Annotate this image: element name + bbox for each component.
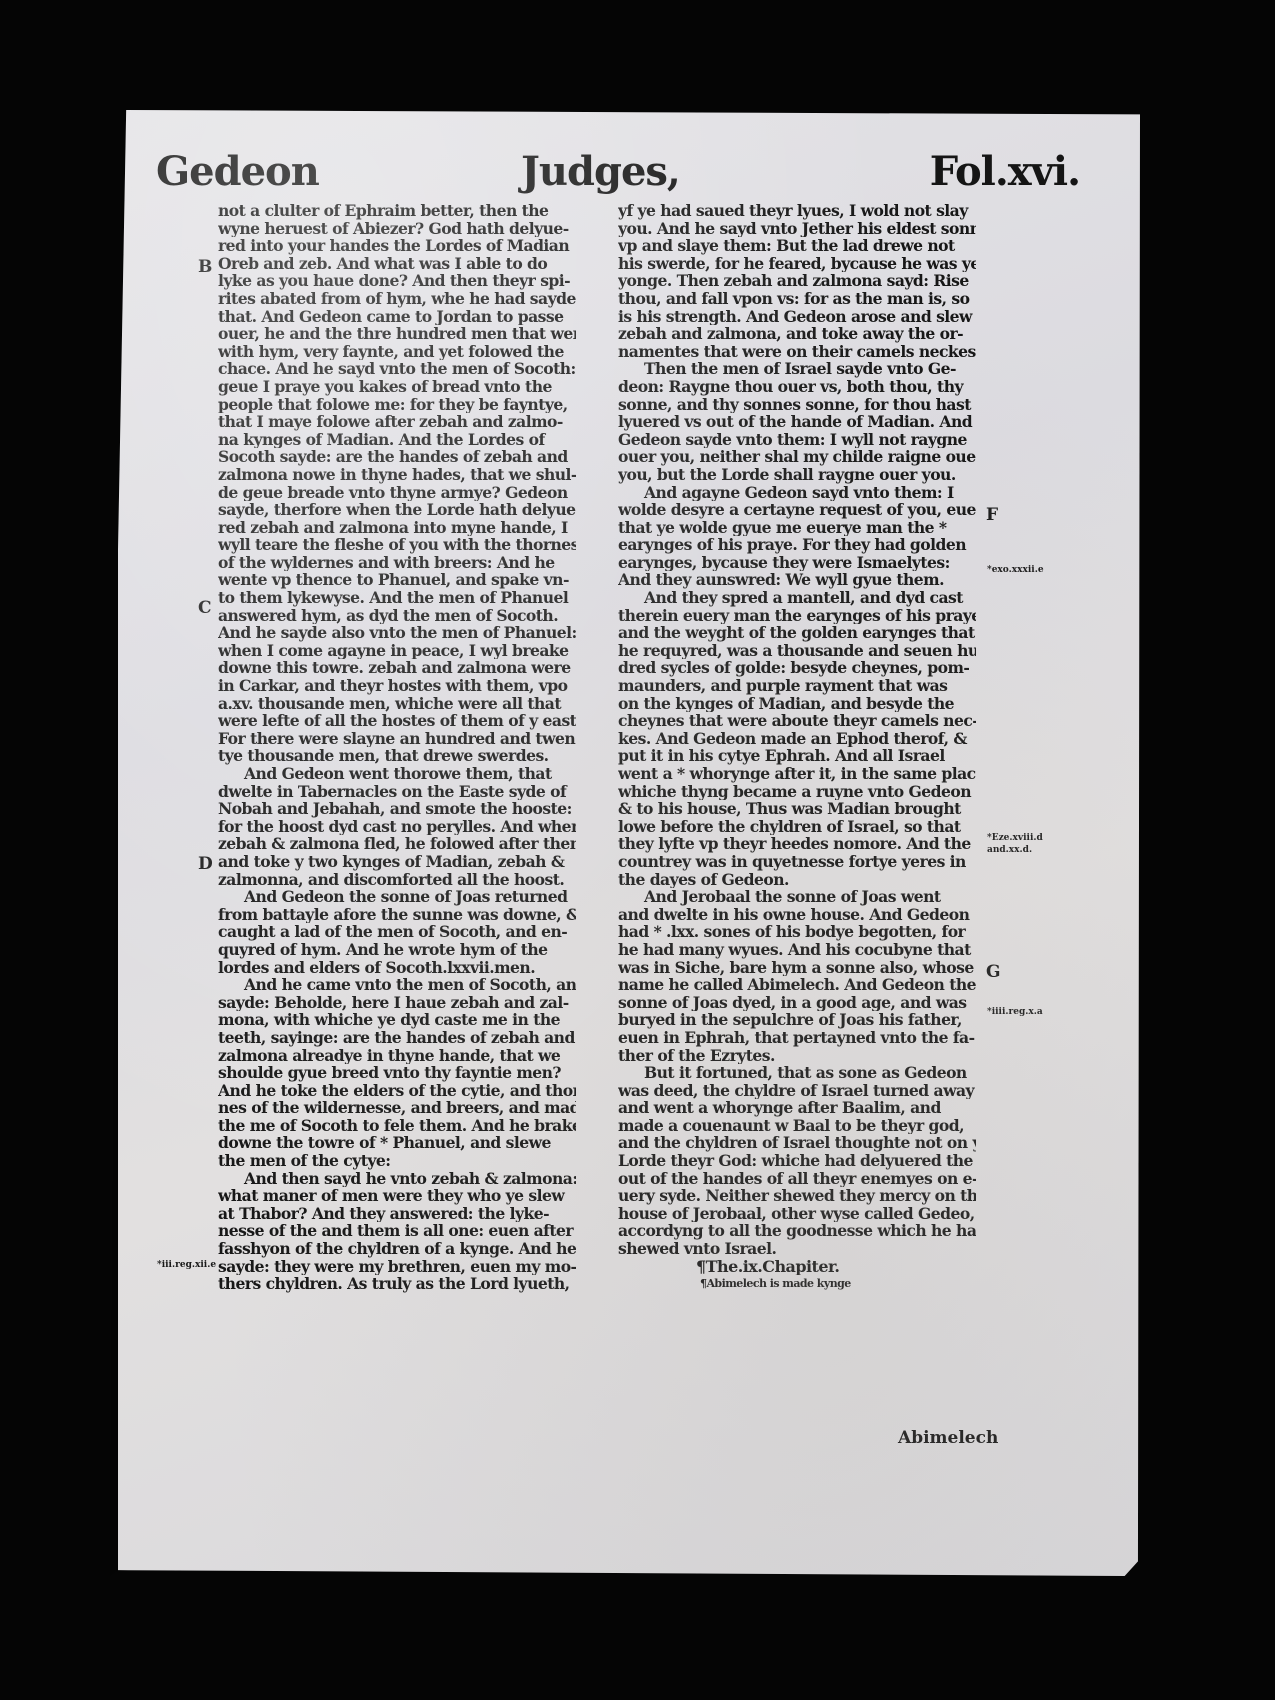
text-line: a.xv. thousande men, whiche were all tha… (218, 695, 576, 713)
text-line: zalmona alreadye in thyne hande, that we (218, 1047, 576, 1065)
text-line: to them lykewyse. And the men of Phanuel (218, 589, 576, 607)
text-line: he requyred, was a thousande and seuen h… (618, 642, 976, 660)
text-line: wyll teare the fleshe of you with the th… (218, 536, 576, 554)
text-line: you, but the Lorde shall raygne ouer you… (618, 466, 976, 484)
chapter-heading: ¶The.ix.Chapiter. (618, 1258, 976, 1276)
text-line: buryed in the sepulchre of Joas his fath… (618, 1011, 976, 1029)
text-line: they lyfte vp theyr heedes nomore. And t… (618, 835, 976, 853)
text-line: And they aunswred: We wyll gyue them. (618, 571, 976, 589)
text-line: Oreb and zeb. And what was I able to do (218, 255, 576, 273)
text-line: kes. And Gedeon made an Ephod therof, & (618, 730, 976, 748)
text-line: sayde: they were my brethren, euen my mo… (218, 1258, 576, 1276)
text-line: sayde: Beholde, here I haue zebah and za… (218, 994, 576, 1012)
margin-letter-g: G (986, 962, 1001, 982)
margin-letter-d: D (198, 854, 213, 874)
running-head-book-title: Judges, (521, 148, 680, 195)
text-line: uery syde. Neither shewed they mercy on … (618, 1187, 976, 1205)
margin-note-iii-reg: *iii.reg.xii.e (157, 1260, 216, 1271)
text-line: downe the towre of * Phanuel, and slewe (218, 1134, 576, 1152)
text-line: and the chyldren of Israel thoughte not … (618, 1134, 976, 1152)
text-line: maunders, and purple rayment that was (618, 677, 976, 695)
text-line: chace. And he sayd vnto the men of Socot… (218, 360, 576, 378)
text-line: therein euery man the earynges of his pr… (618, 607, 976, 625)
text-line: But it fortuned, that as sone as Gedeon (618, 1064, 976, 1082)
text-line: red into your handes the Lordes of Madia… (218, 237, 576, 255)
text-line: earynges of his praye. For they had gold… (618, 536, 976, 554)
text-line: And Jerobaal the sonne of Joas went (618, 888, 976, 906)
text-line: were lefte of all the hostes of them of … (218, 712, 576, 730)
text-line: Then the men of Israel sayde vnto Ge- (618, 360, 976, 378)
text-line: namentes that were on their camels necke… (618, 343, 976, 361)
text-line: lyuered vs out of the hande of Madian. A… (618, 413, 976, 431)
text-line: his swerde, for he feared, bycause he wa… (618, 255, 976, 273)
text-line: for the hoost dyd cast no perylles. And … (218, 818, 576, 836)
text-line: lowe before the chyldren of Israel, so t… (618, 818, 976, 836)
text-line: dwelte in Tabernacles on the Easte syde … (218, 783, 576, 801)
text-line: red zebah and zalmona into myne hande, I (218, 519, 576, 537)
text-line: made a couenaunt w Baal to be theyr god, (618, 1117, 976, 1135)
text-line: And agayne Gedeon sayd vnto them: I (618, 484, 976, 502)
text-line: put it in his cytye Ephrah. And all Isra… (618, 747, 976, 765)
chapter-summary: ¶Abimelech is made kynge (618, 1275, 976, 1293)
text-line: teeth, sayinge: are the handes of zebah … (218, 1029, 576, 1047)
text-line: that. And Gedeon came to Jordan to passe (218, 308, 576, 326)
text-line: thou, and fall vpon vs: for as the man i… (618, 290, 976, 308)
text-line: thers chyldren. As truly as the Lord lyu… (218, 1275, 576, 1293)
text-line: tye thousande men, that drewe swerdes. (218, 747, 576, 765)
text-line: shewed vnto Israel. (618, 1240, 976, 1258)
text-line: not a clulter of Ephraim better, then th… (218, 202, 576, 220)
text-line: sonne, and thy sonnes sonne, for thou ha… (618, 396, 976, 414)
text-line: and toke y two kynges of Madian, zebah & (218, 853, 576, 871)
text-line: on the kynges of Madian, and besyde the (618, 695, 976, 713)
text-line: earynges, bycause they were Ismaelytes: (618, 554, 976, 572)
text-line: is his strength. And Gedeon arose and sl… (618, 308, 976, 326)
text-line: na kynges of Madian. And the Lordes of (218, 431, 576, 449)
text-line: zebah & zalmona fled, he folowed after t… (218, 835, 576, 853)
text-line: and the weyght of the golden earynges th… (618, 624, 976, 642)
text-line: whiche thyng became a ruyne vnto Gedeon (618, 783, 976, 801)
text-line: fasshyon of the chyldren of a kynge. And… (218, 1240, 576, 1258)
text-line: yf ye had saued theyr lyues, I wold not … (618, 202, 976, 220)
text-line: you. And he sayd vnto Jether his eldest … (618, 220, 976, 238)
text-line: that ye wolde gyue me euerye man the * (618, 519, 976, 537)
text-line: wolde desyre a certayne request of you, … (618, 501, 976, 519)
text-line: was deed, the chyldre of Israel turned a… (618, 1082, 976, 1100)
text-line: ouer you, neither shal my childe raigne … (618, 448, 976, 466)
left-text-column: not a clulter of Ephraim better, then th… (218, 202, 576, 1293)
text-line: nesse of the and them is all one: euen a… (218, 1222, 576, 1240)
text-line: rites abated from of hym, whe he had say… (218, 290, 576, 308)
text-line: lordes and elders of Socoth.lxxvii.men. (218, 959, 576, 977)
text-line: dred sycles of golde: besyde cheynes, po… (618, 659, 976, 677)
margin-letter-c: C (198, 598, 212, 618)
text-line: of the wyldernes and with breers: And he (218, 554, 576, 572)
text-line: people that folowe me: for they be faynt… (218, 396, 576, 414)
running-head: Gedeon Judges, Fol.xvi. (156, 148, 1080, 198)
text-line: And Gedeon went thorowe them, that (218, 765, 576, 783)
text-line: the men of the cytye: (218, 1152, 576, 1170)
text-line: Nobah and Jebahah, and smote the hooste: (218, 800, 576, 818)
text-line: shoulde gyue breed vnto thy fayntie men? (218, 1064, 576, 1082)
text-line: euen in Ephrah, that pertayned vnto the … (618, 1029, 976, 1047)
text-line: quyred of hym. And he wrote hym of the (218, 941, 576, 959)
margin-note-iiii-reg: *iiii.reg.x.a (987, 1007, 1043, 1018)
text-line: And he came vnto the men of Socoth, and (218, 976, 576, 994)
text-line: de geue breade vnto thyne armye? Gedeon (218, 484, 576, 502)
margin-letter-f: F (986, 505, 998, 525)
margin-letter-b: B (198, 257, 212, 277)
text-line: Lorde theyr God: whiche had delyuered th… (618, 1152, 976, 1170)
text-line: that I maye folowe after zebah and zalmo… (218, 413, 576, 431)
text-line: geue I praye you kakes of bread vnto the (218, 378, 576, 396)
text-line: yonge. Then zebah and zalmona sayd: Rise (618, 272, 976, 290)
text-line: vp and slaye them: But the lad drewe not (618, 237, 976, 255)
text-line: ther of the Ezrytes. (618, 1047, 976, 1065)
text-line: wyne heruest of Abiezer? God hath delyue… (218, 220, 576, 238)
text-line: sonne of Joas dyed, in a good age, and w… (618, 994, 976, 1012)
text-line: what maner of men were they who ye slew (218, 1187, 576, 1205)
folio-number: Fol.xvi. (930, 148, 1080, 195)
text-line: with hym, very faynte, and yet folowed t… (218, 343, 576, 361)
text-line: For there were slayne an hundred and twe… (218, 730, 576, 748)
text-line: And he sayde also vnto the men of Phanue… (218, 624, 576, 642)
text-line: lyke as you haue done? And then theyr sp… (218, 272, 576, 290)
margin-note-eze: *Eze.xviii.d (987, 833, 1043, 844)
text-line: house of Jerobaal, other wyse called Ged… (618, 1205, 976, 1223)
text-line: out of the handes of all theyr enemyes o… (618, 1170, 976, 1188)
text-line: name he called Abimelech. And Gedeon the (618, 976, 976, 994)
right-text-column: yf ye had saued theyr lyues, I wold not … (618, 202, 976, 1293)
text-line: And then sayd he vnto zebah & zalmona: (218, 1170, 576, 1188)
text-line: at Thabor? And they answered: the lyke- (218, 1205, 576, 1223)
text-line: nes of the wildernesse, and breers, and … (218, 1099, 576, 1117)
text-line: deon: Raygne thou ouer vs, both thou, th… (618, 378, 976, 396)
text-line: and went a whorynge after Baalim, and (618, 1099, 976, 1117)
text-line: sayde, therfore when the Lorde hath dely… (218, 501, 576, 519)
text-line: ouer, he and the thre hundred men that w… (218, 325, 576, 343)
text-line: zalmonna, and discomforted all the hoost… (218, 871, 576, 889)
text-line: and dwelte in his owne house. And Gedeon (618, 906, 976, 924)
text-line: & to his house, Thus was Madian brought (618, 800, 976, 818)
text-line: Gedeon sayde vnto them: I wyll not raygn… (618, 431, 976, 449)
text-line: And he toke the elders of the cytie, and… (218, 1082, 576, 1100)
text-line: Socoth sayde: are the handes of zebah an… (218, 448, 576, 466)
text-line: when I come agayne in peace, I wyl break… (218, 642, 576, 660)
margin-note-eze-2: and.xx.d. (987, 845, 1032, 856)
text-line: was in Siche, bare hym a sonne also, who… (618, 959, 976, 977)
text-line: in Carkar, and theyr hostes with them, v… (218, 677, 576, 695)
text-line: zalmona nowe in thyne hades, that we shu… (218, 466, 576, 484)
running-head-left: Gedeon (156, 148, 319, 195)
text-line: from battayle afore the sunne was downe,… (218, 906, 576, 924)
text-line: cheynes that were aboute theyr camels ne… (618, 712, 976, 730)
text-line: answered hym, as dyd the men of Socoth. (218, 607, 576, 625)
text-line: mona, with whiche ye dyd caste me in the (218, 1011, 576, 1029)
text-line: caught a lad of the men of Socoth, and e… (218, 923, 576, 941)
text-line: And they spred a mantell, and dyd cast (618, 589, 976, 607)
text-line: zebah and zalmona, and toke away the or- (618, 325, 976, 343)
text-line: And Gedeon the sonne of Joas returned (218, 888, 576, 906)
margin-note-exo: *exo.xxxii.e (987, 565, 1044, 576)
text-line: wente vp thence to Phanuel, and spake vn… (218, 571, 576, 589)
text-line: countrey was in quyetnesse fortye yeres … (618, 853, 976, 871)
text-line: the dayes of Gedeon. (618, 871, 976, 889)
bible-leaf: Gedeon Judges, Fol.xvi. not a clulter of… (118, 110, 1140, 1576)
text-line: downe this towre. zebah and zalmona were (218, 659, 576, 677)
text-line: the me of Socoth to fele them. And he br… (218, 1117, 576, 1135)
text-line: accordyng to all the goodnesse which he … (618, 1222, 976, 1240)
text-line: he had many wyues. And his cocubyne that (618, 941, 976, 959)
catchword: Abimelech (898, 1428, 998, 1448)
text-line: went a * whorynge after it, in the same … (618, 765, 976, 783)
text-line: had * .lxx. sones of his bodye begotten,… (618, 923, 976, 941)
